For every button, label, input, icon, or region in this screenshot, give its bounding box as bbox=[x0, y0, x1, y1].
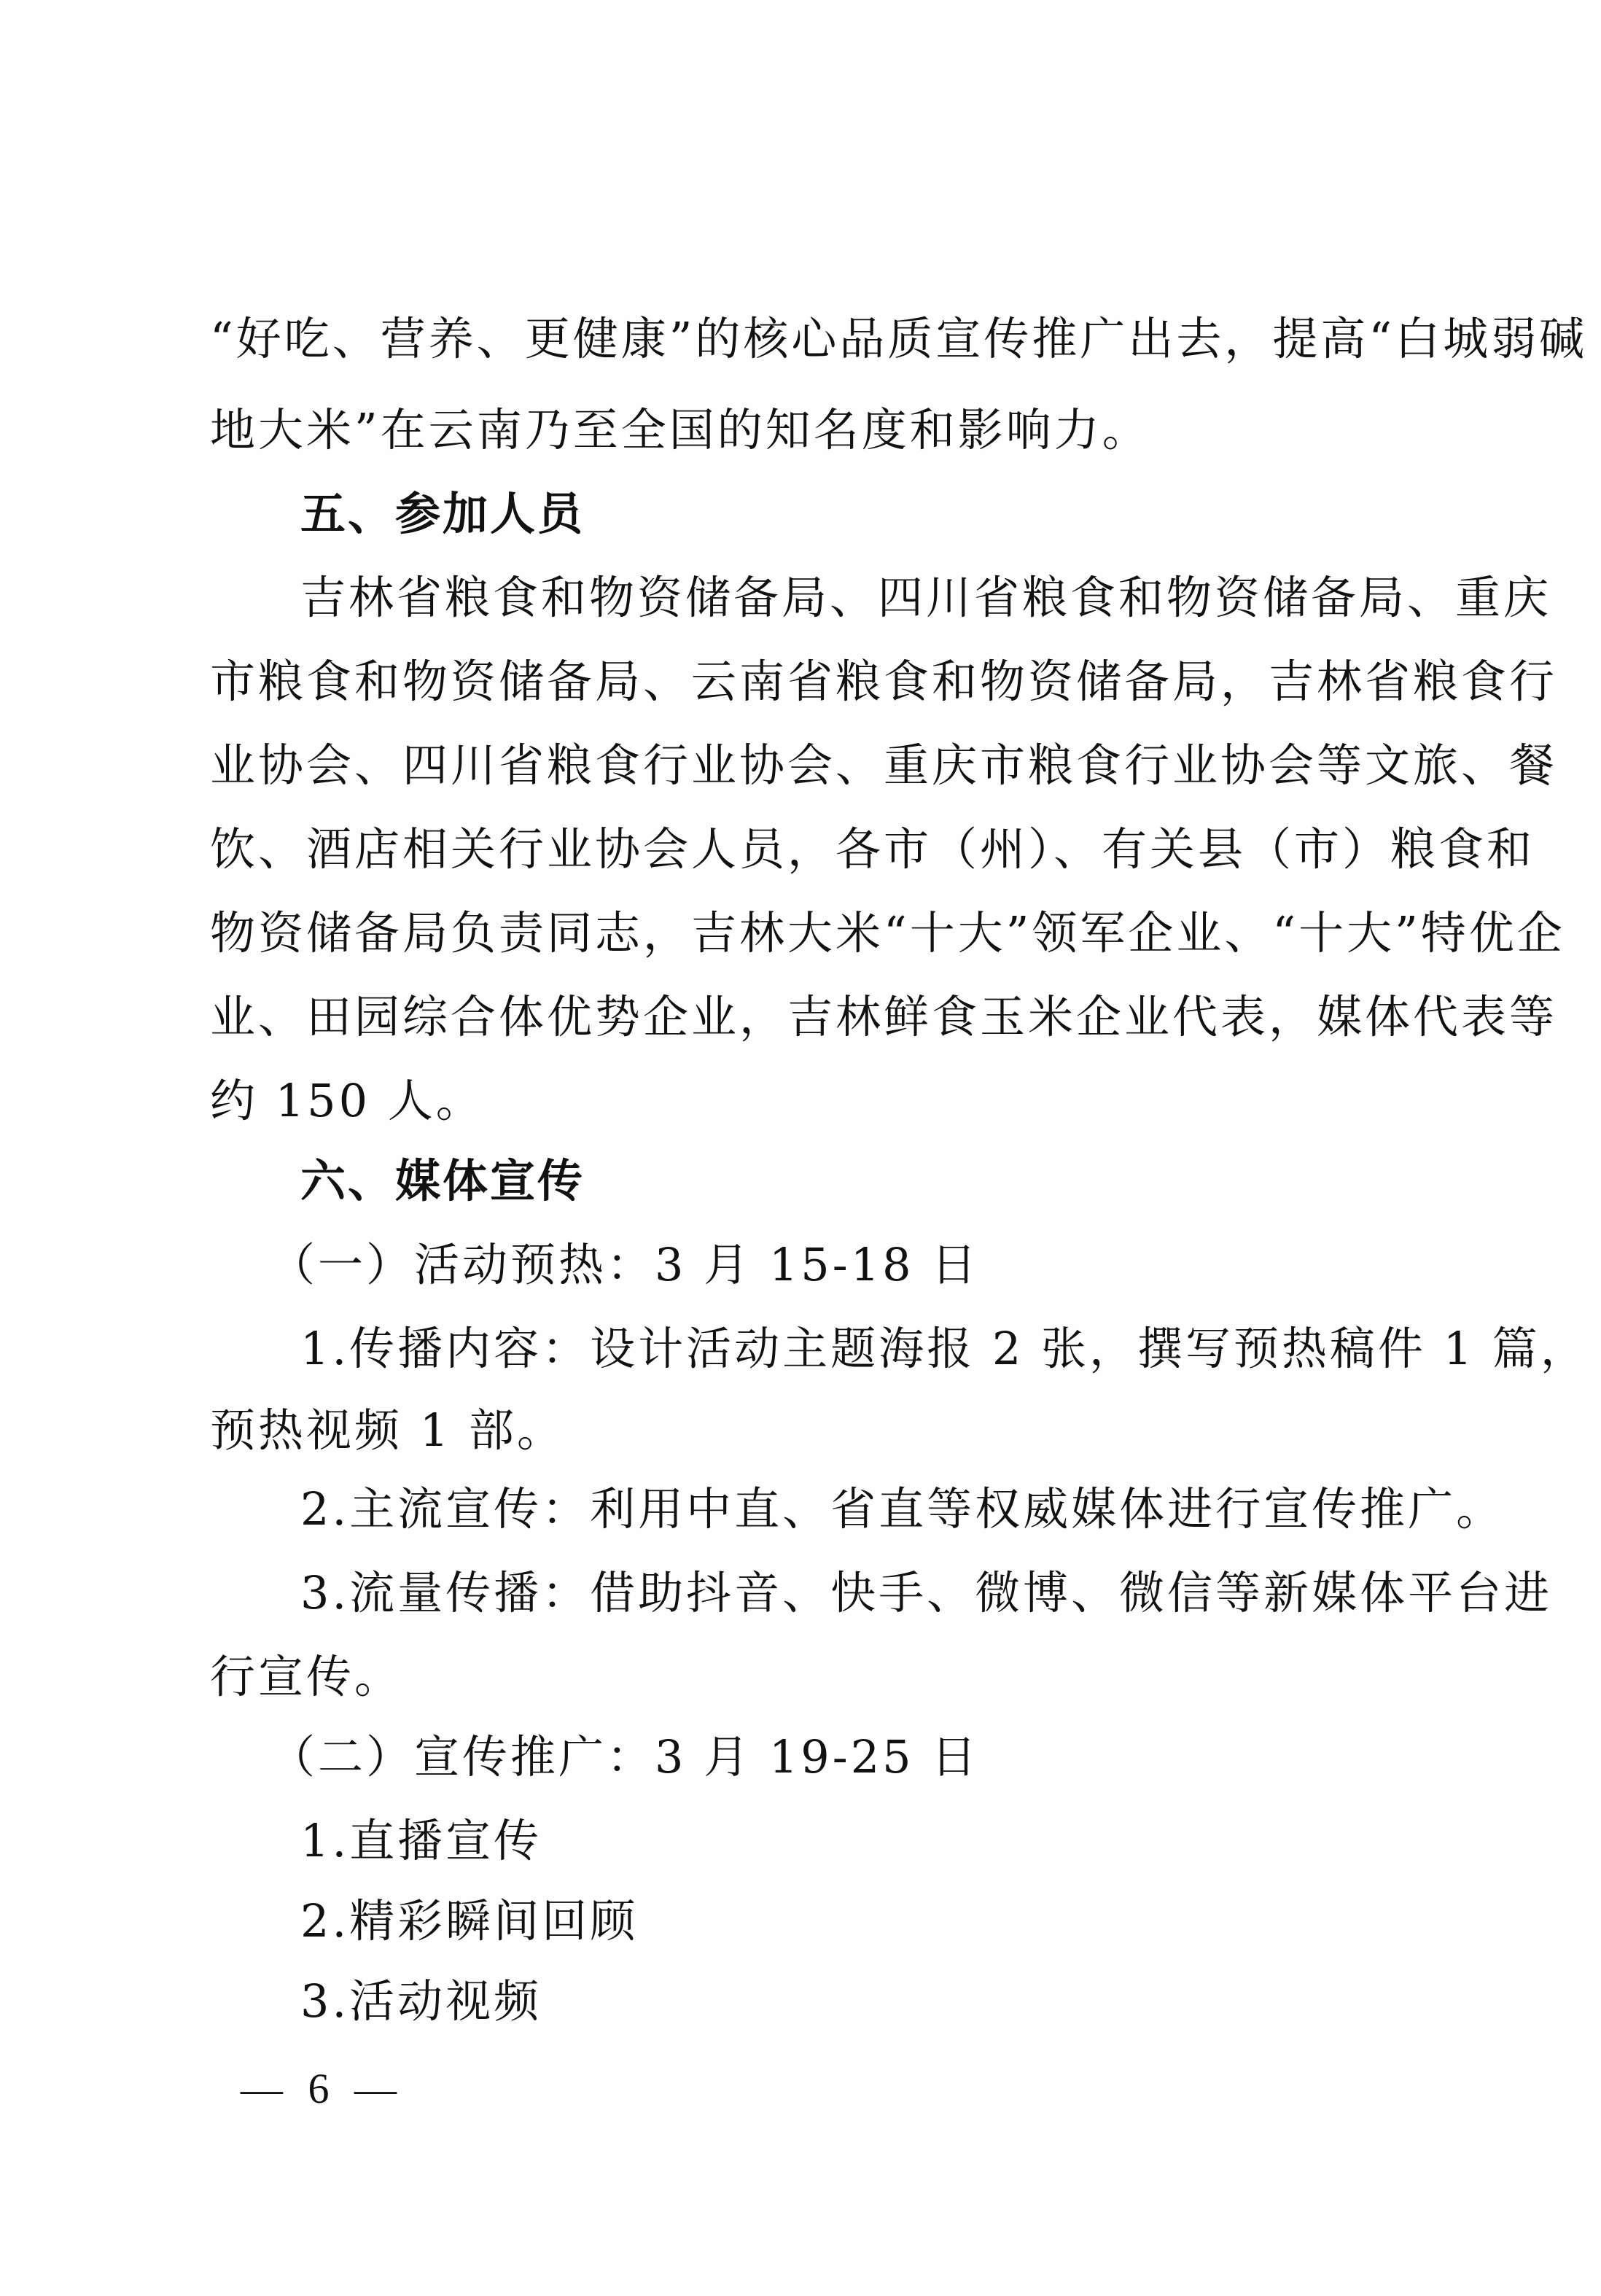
list-item-line: 1.传播内容：设计活动主题海报 2 张，撰写预热稿件 1 篇， bbox=[300, 1320, 1391, 1378]
list-item-line: 3.流量传播：借助抖音、快手、微博、微信等新媒体平台进 bbox=[300, 1564, 1391, 1622]
list-item: 3.活动视频 bbox=[300, 1972, 1391, 2031]
paragraph-line: 市粮食和物资储备局、云南省粮食和物资储备局，吉林省粮食行 bbox=[210, 653, 1391, 711]
paragraph-line: 业协会、四川省粮食行业协会、重庆市粮食行业协会等文旅、餐 bbox=[210, 736, 1391, 795]
paragraph-line: 业、田园综合体优势企业，吉林鲜食玉米企业代表，媒体代表等 bbox=[210, 988, 1391, 1046]
list-item: 1.直播宣传 bbox=[300, 1812, 1391, 1870]
subsection-title-warmup: （一）活动预热：3 月 15-18 日 bbox=[270, 1236, 1451, 1294]
paragraph-line: 饮、酒店相关行业协会人员，各市（州）、有关县（市）粮食和 bbox=[210, 820, 1391, 879]
subsection-title-promotion: （二）宣传推广：3 月 19-25 日 bbox=[270, 1728, 1451, 1786]
list-item: 2.精彩瞬间回顾 bbox=[300, 1892, 1391, 1950]
section-heading-media: 六、媒体宣传 bbox=[300, 1152, 1391, 1210]
page-number: — 6 — bbox=[241, 2060, 404, 2118]
list-item-line: 行宣传。 bbox=[210, 1648, 1391, 1706]
paragraph-line: 物资储备局负责同志，吉林大米“十大”领军企业、“十大”特优企 bbox=[210, 904, 1391, 962]
paragraph-line: “好吃、营养、更健康”的核心品质宣传推广出去，提高“白城弱碱 bbox=[210, 310, 1391, 368]
paragraph-line: 地大米”在云南乃至全国的知名度和影响力。 bbox=[210, 401, 1391, 459]
document-page: “好吃、营养、更健康”的核心品质宣传推广出去，提高“白城弱碱 地大米”在云南乃至… bbox=[0, 0, 1601, 2296]
paragraph-line: 吉林省粮食和物资储备局、四川省粮食和物资储备局、重庆 bbox=[300, 569, 1391, 627]
list-item-line: 预热视频 1 部。 bbox=[210, 1401, 1391, 1460]
paragraph-line: 约 150 人。 bbox=[210, 1072, 1391, 1130]
list-item-line: 2.主流宣传：利用中直、省直等权威媒体进行宣传推广。 bbox=[300, 1480, 1391, 1538]
section-heading-participants: 五、参加人员 bbox=[300, 485, 1391, 543]
